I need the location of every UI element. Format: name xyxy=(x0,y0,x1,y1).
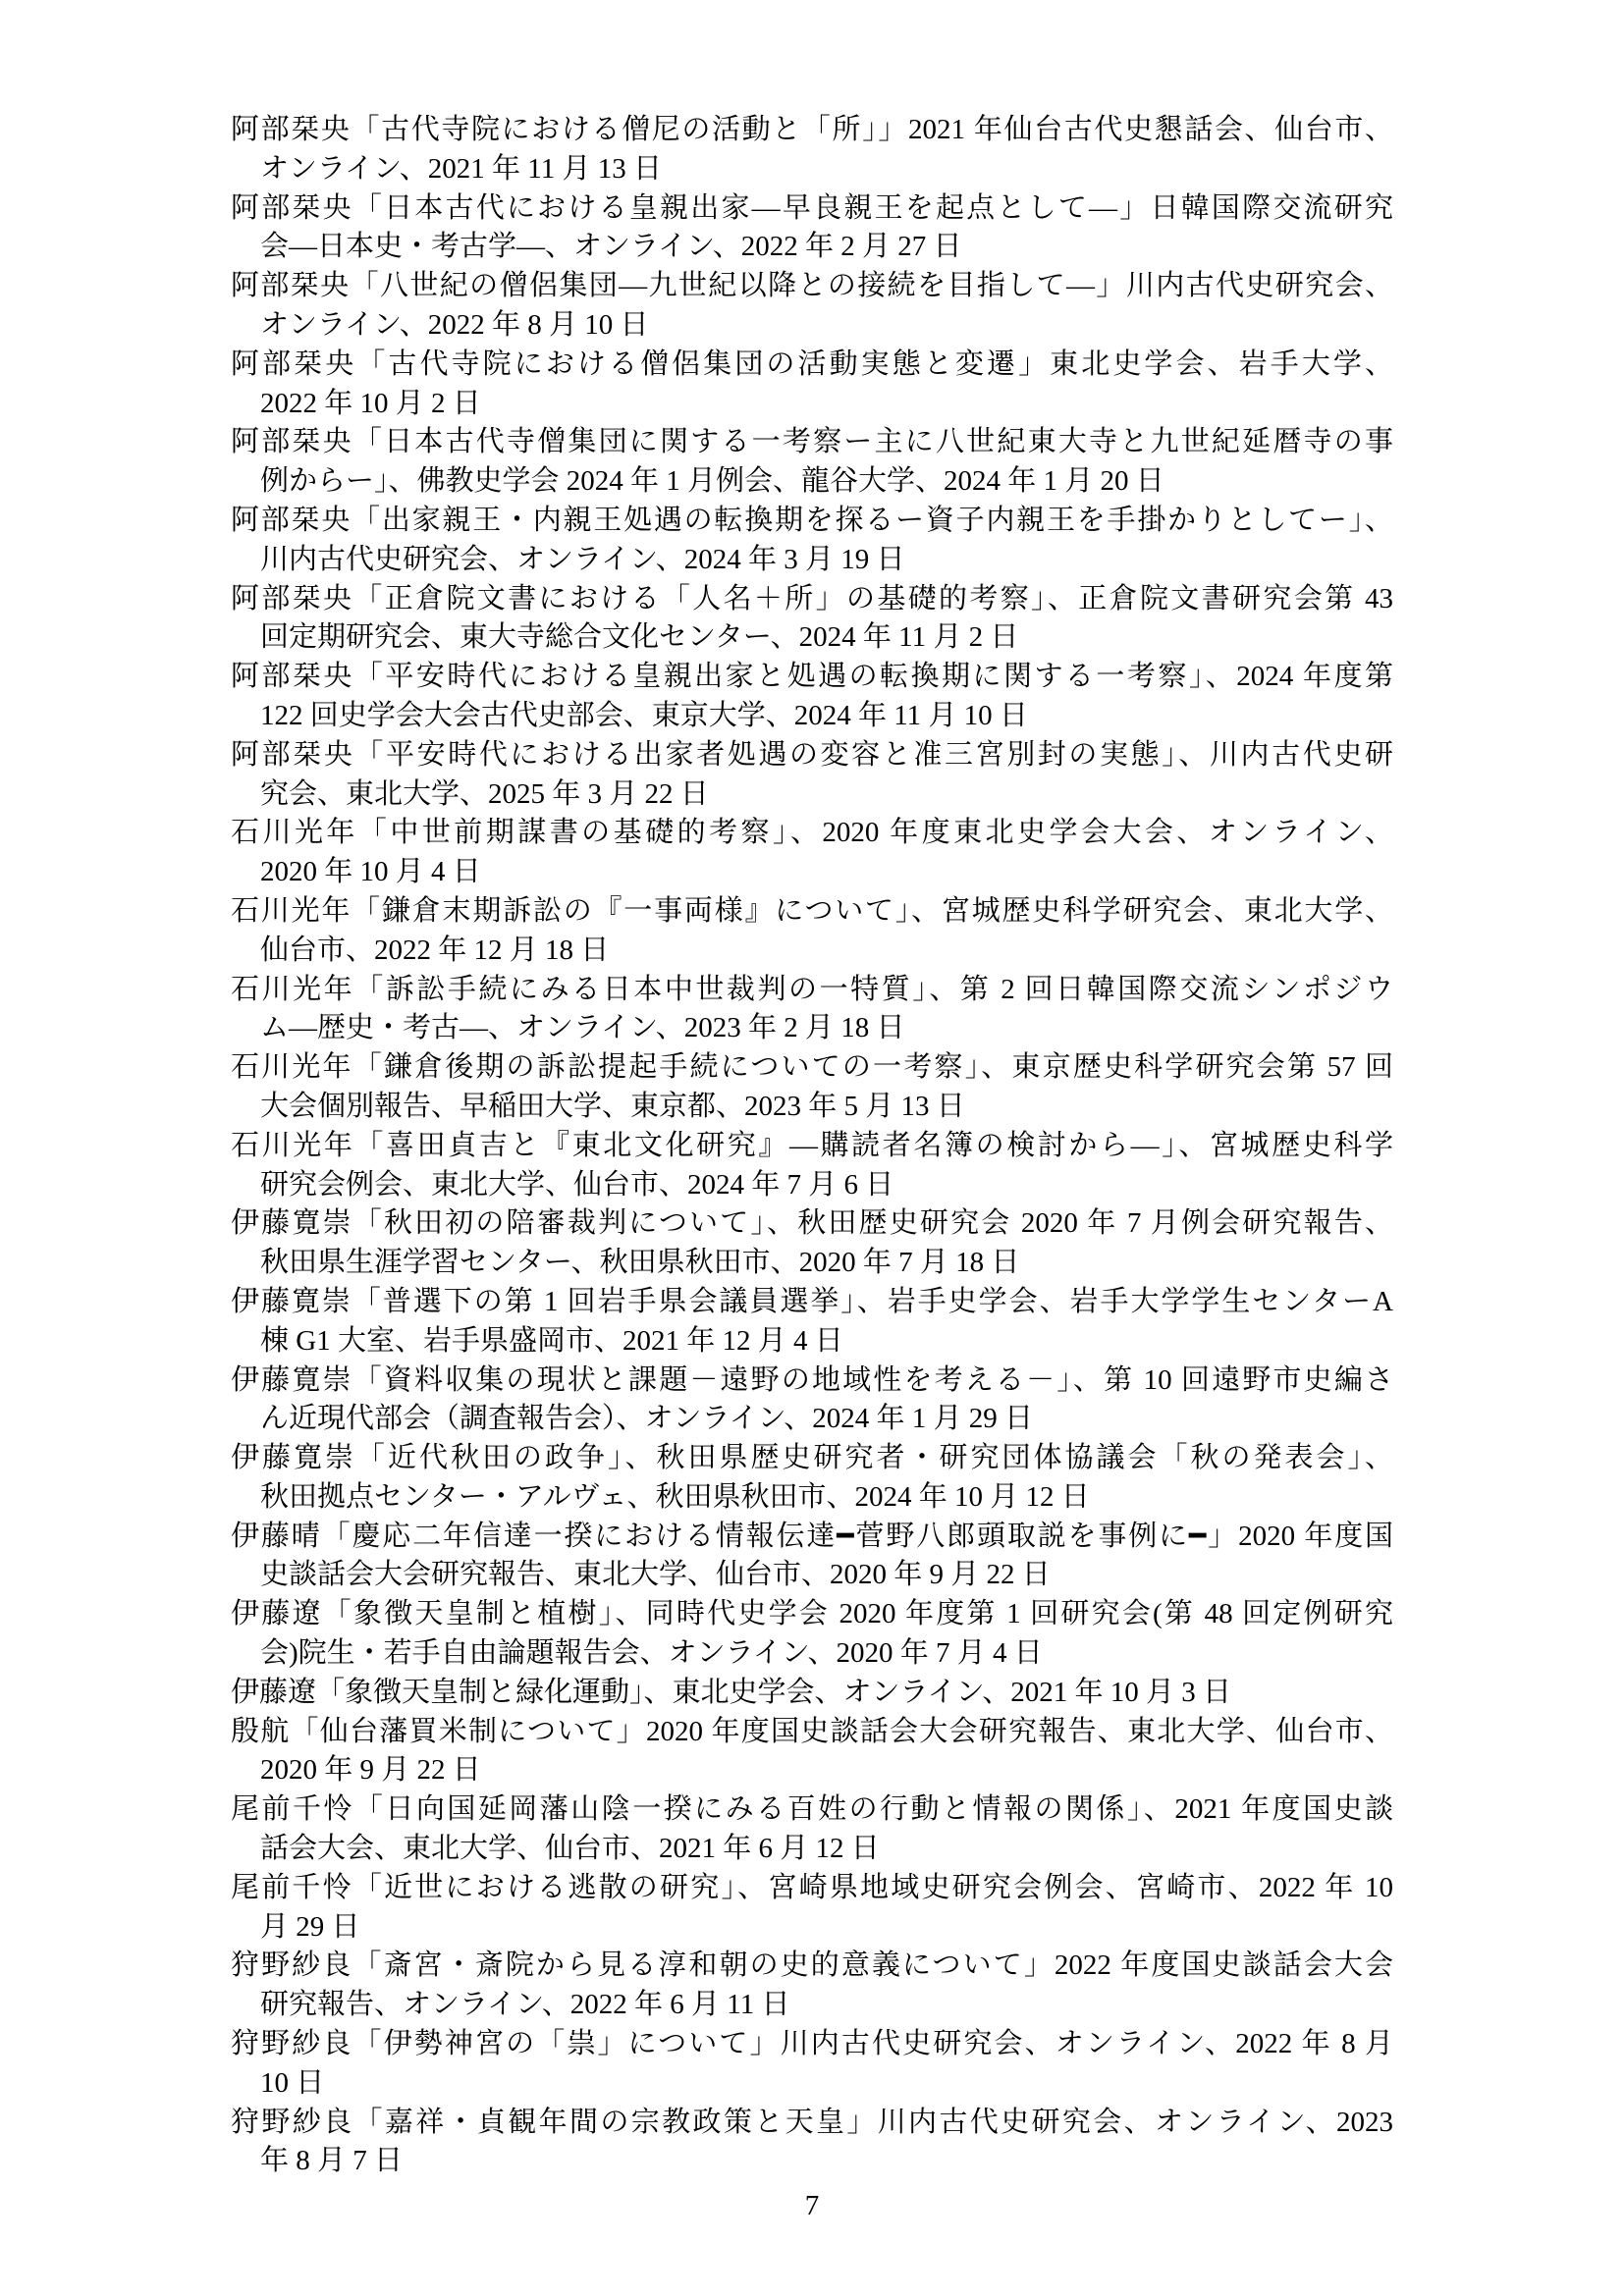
bibliography-line: 阿部栞央「正倉院文書における「人名＋所」の基礎的考察」、正倉院文書研究会第 43 xyxy=(231,580,1393,619)
bibliography-line: 狩野紗良「斎宮・斎院から見る淳和朝の史的意義について」2022 年度国史談話会大… xyxy=(231,1947,1393,1986)
page-number: 7 xyxy=(0,2187,1624,2226)
bibliography-line: 尾前千怜「日向国延岡藩山陰一揆にみる百姓の行動と情報の関係」、2021 年度国史… xyxy=(231,1790,1393,1830)
bibliography-line: 2022 年 10 月 2 日 xyxy=(231,385,1393,424)
bibliography-line: 例からー」、佛教史学会 2024 年 1 月例会、龍谷大学、2024 年 1 月… xyxy=(231,462,1393,502)
bibliography-line: 石川光年「訴訟手続にみる日本中世裁判の一特質」、第 2 回日韓国際交流シンポジウ xyxy=(231,971,1393,1010)
bibliography-line: 伊藤晴「慶応二年信達一揆における情報伝達━菅野八郎頭取説を事例に━」2020 年… xyxy=(231,1518,1393,1557)
bibliography-line: 伊藤寛崇「秋田初の陪審裁判について」、秋田歴史研究会 2020 年 7 月例会研… xyxy=(231,1204,1393,1244)
bibliography-line: 棟 G1 大室、岩手県盛岡市、2021 年 12 月 4 日 xyxy=(231,1322,1393,1362)
bibliography-line: 尾前千怜「近世における逃散の研究」、宮崎県地域史研究会例会、宮崎市、2022 年… xyxy=(231,1869,1393,1908)
bibliography-line: 石川光年「喜田貞吉と『東北文化研究』—購読者名簿の検討から—」、宮城歴史科学 xyxy=(231,1127,1393,1166)
bibliography-line: 狩野紗良「嘉祥・貞観年間の宗教政策と天皇」川内古代史研究会、オンライン、2023 xyxy=(231,2104,1393,2143)
bibliography-line: 究会、東北大学、2025 年 3 月 22 日 xyxy=(231,775,1393,815)
bibliography-line: 阿部栞央「八世紀の僧侶集団—九世紀以降との接続を目指して—」川内古代史研究会、 xyxy=(231,267,1393,306)
bibliography-line: 石川光年「鎌倉後期の訴訟提起手続についての一考察」、東京歴史科学研究会第 57 … xyxy=(231,1048,1393,1088)
bibliography-line: 伊藤遼「象徴天皇制と植樹」、同時代史学会 2020 年度第 1 回研究会(第 4… xyxy=(231,1595,1393,1634)
bibliography-line: 月 29 日 xyxy=(231,1908,1393,1948)
bibliography-line: 阿部栞央「日本古代寺僧集団に関する一考察ー主に八世紀東大寺と九世紀延暦寺の事 xyxy=(231,423,1393,462)
document-page: 阿部栞央「古代寺院における僧尼の活動と「所」」2021 年仙台古代史懇話会、仙台… xyxy=(0,0,1624,2296)
bibliography-line: 10 日 xyxy=(231,2064,1393,2104)
bibliography-list: 阿部栞央「古代寺院における僧尼の活動と「所」」2021 年仙台古代史懇話会、仙台… xyxy=(231,111,1393,2181)
bibliography-line: 122 回史学会大会古代史部会、東京大学、2024 年 11 月 10 日 xyxy=(231,697,1393,736)
bibliography-line: 伊藤遼「象徴天皇制と緑化運動」、東北史学会、オンライン、2021 年 10 月 … xyxy=(231,1674,1393,1713)
bibliography-line: 阿部栞央「平安時代における出家者処遇の変容と准三宮別封の実態」、川内古代史研 xyxy=(231,736,1393,775)
bibliography-line: 話会大会、東北大学、仙台市、2021 年 6 月 12 日 xyxy=(231,1830,1393,1869)
bibliography-line: 伊藤寛崇「資料収集の現状と課題－遠野の地域性を考える－」、第 10 回遠野市史編… xyxy=(231,1362,1393,1401)
bibliography-line: 阿部栞央「出家親王・内親王処遇の転換期を探るー資子内親王を手掛かりとしてー」、 xyxy=(231,502,1393,541)
bibliography-line: 秋田県生涯学習センター、秋田県秋田市、2020 年 7 月 18 日 xyxy=(231,1244,1393,1283)
bibliography-line: 石川光年「中世前期謀書の基礎的考察」、2020 年度東北史学会大会、オンライン、 xyxy=(231,814,1393,853)
bibliography-line: 研究報告、オンライン、2022 年 6 月 11 日 xyxy=(231,1986,1393,2025)
bibliography-line: 阿部栞央「古代寺院における僧侶集団の活動実態と変遷」東北史学会、岩手大学、 xyxy=(231,346,1393,385)
bibliography-line: ム—歴史・考古—、オンライン、2023 年 2 月 18 日 xyxy=(231,1009,1393,1048)
bibliography-line: 川内古代史研究会、オンライン、2024 年 3 月 19 日 xyxy=(231,541,1393,580)
bibliography-line: 伊藤寛崇「近代秋田の政争」、秋田県歴史研究者・研究団体協議会「秋の発表会」、 xyxy=(231,1439,1393,1478)
bibliography-line: 石川光年「鎌倉末期訴訟の『一事両様』について」、宮城歴史科学研究会、東北大学、 xyxy=(231,892,1393,932)
bibliography-line: 阿部栞央「日本古代における皇親出家—早良親王を起点として—」日韓国際交流研究 xyxy=(231,189,1393,229)
bibliography-line: 狩野紗良「伊勢神宮の「祟」について」川内古代史研究会、オンライン、2022 年 … xyxy=(231,2025,1393,2064)
bibliography-line: 史談話会大会研究報告、東北大学、仙台市、2020 年 9 月 22 日 xyxy=(231,1556,1393,1595)
bibliography-line: オンライン、2022 年 8 月 10 日 xyxy=(231,306,1393,346)
bibliography-line: オンライン、2021 年 11 月 13 日 xyxy=(231,150,1393,189)
bibliography-line: 殷航「仙台藩買米制について」2020 年度国史談話会大会研究報告、東北大学、仙台… xyxy=(231,1713,1393,1752)
bibliography-line: 年 8 月 7 日 xyxy=(231,2142,1393,2181)
bibliography-line: 伊藤寛崇「普選下の第 1 回岩手県会議員選挙」、岩手史学会、岩手大学学生センター… xyxy=(231,1283,1393,1322)
bibliography-line: 仙台市、2022 年 12 月 18 日 xyxy=(231,932,1393,971)
bibliography-line: 秋田拠点センター・アルヴェ、秋田県秋田市、2024 年 10 月 12 日 xyxy=(231,1478,1393,1518)
bibliography-line: 阿部栞央「平安時代における皇親出家と処遇の転換期に関する一考察」、2024 年度… xyxy=(231,658,1393,697)
bibliography-line: ん近現代部会（調査報告会）、オンライン、2024 年 1 月 29 日 xyxy=(231,1400,1393,1439)
bibliography-line: 会)院生・若手自由論題報告会、オンライン、2020 年 7 月 4 日 xyxy=(231,1634,1393,1674)
bibliography-line: 会—日本史・考古学—、オンライン、2022 年 2 月 27 日 xyxy=(231,228,1393,267)
bibliography-line: 大会個別報告、早稲田大学、東京都、2023 年 5 月 13 日 xyxy=(231,1088,1393,1127)
bibliography-line: 研究会例会、東北大学、仙台市、2024 年 7 月 6 日 xyxy=(231,1166,1393,1205)
bibliography-line: 回定期研究会、東大寺総合文化センター、2024 年 11 月 2 日 xyxy=(231,618,1393,658)
bibliography-line: 2020 年 10 月 4 日 xyxy=(231,853,1393,892)
bibliography-line: 2020 年 9 月 22 日 xyxy=(231,1751,1393,1790)
bibliography-line: 阿部栞央「古代寺院における僧尼の活動と「所」」2021 年仙台古代史懇話会、仙台… xyxy=(231,111,1393,150)
